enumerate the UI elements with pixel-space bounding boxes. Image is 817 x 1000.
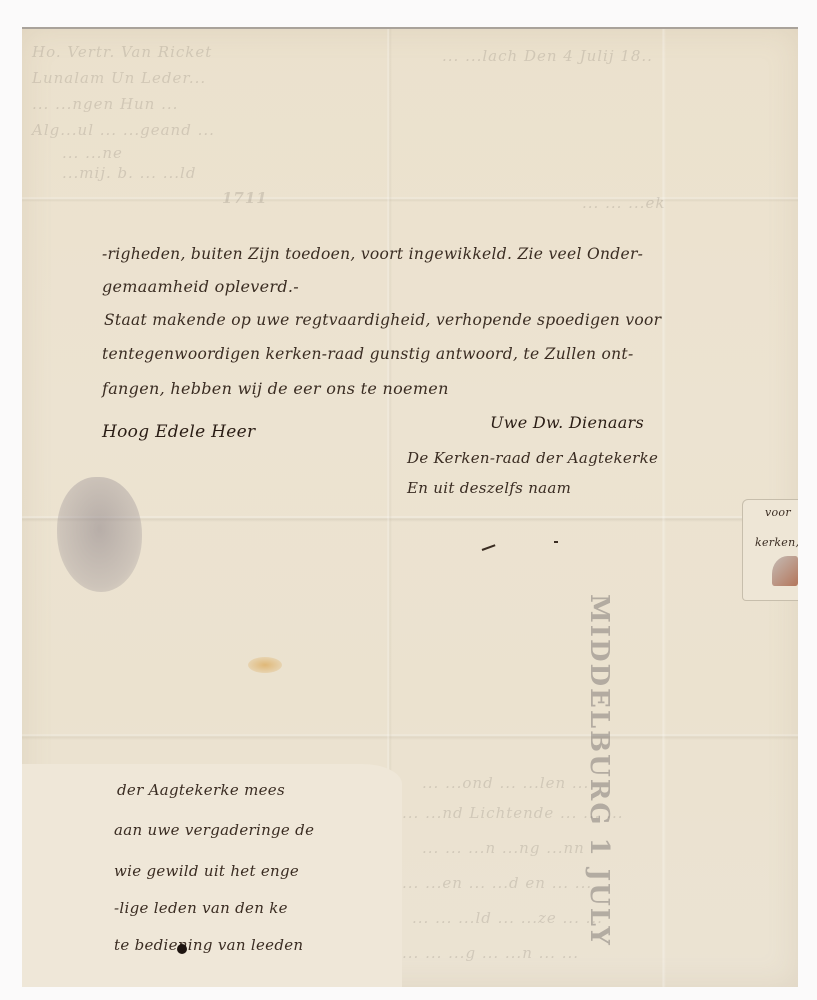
body-line: gemaamheid opleverd.- xyxy=(102,277,299,296)
letter-paper: Ho. Vertr. Van Ricket Lunalam Un Leder..… xyxy=(22,27,798,987)
red-seal-fragment xyxy=(772,556,798,586)
bleed-text: Alg...ul ... ...geand ... xyxy=(32,121,215,139)
ochre-stain xyxy=(248,657,282,673)
body-line: -righeden, buiten Zijn toedoen, voort in… xyxy=(102,245,643,263)
bleed-text: Ho. Vertr. Van Ricket xyxy=(32,43,212,61)
bleed-text: Lunalam Un Leder... xyxy=(32,69,206,87)
signature-line: En uit deszelfs naam xyxy=(407,479,571,497)
bleed-text: ... ...ne xyxy=(62,144,123,162)
bleed-text: ...mij. b. ... ...ld xyxy=(62,164,196,182)
bleed-text: ... ...ngen Hun ... xyxy=(32,95,178,113)
fragment-line: der Aagtekerke mees xyxy=(117,781,285,799)
bleed-text: ... ... ...ek xyxy=(582,194,665,212)
ink-blot xyxy=(177,944,187,954)
ink-stroke xyxy=(554,541,558,543)
tab-text: voor xyxy=(765,506,791,519)
body-line: fangen, hebben wij de eer ons te noemen xyxy=(102,379,449,398)
salutation: Hoog Edele Heer xyxy=(102,422,255,442)
bleed-text: ... ...en ... ...d en ... ... xyxy=(402,874,592,892)
body-line: Staat makende op uwe regtvaardigheid, ve… xyxy=(104,311,661,329)
tab-text: kerken, xyxy=(755,536,798,549)
fragment-line: te bediening van leeden xyxy=(114,936,303,954)
bleed-text: ... ... ...n ...ng ...nn xyxy=(422,839,585,857)
bleed-number: 1711 xyxy=(222,189,268,207)
postal-stamp: MIDDELBURG 1 JULY xyxy=(584,594,614,947)
body-line: tentegenwoordigen kerken-raad gunstig an… xyxy=(102,345,634,363)
lower-paper-fragment: der Aagtekerke mees aan uwe vergaderinge… xyxy=(22,764,402,987)
fragment-line: aan uwe vergaderinge de xyxy=(114,821,314,839)
bleed-text: ... ... ...ld ... ...ze ... ... xyxy=(412,909,603,927)
fragment-line: wie gewild uit het enge xyxy=(114,862,299,880)
bleed-text: ... ... ...g ... ...n ... ... xyxy=(402,944,579,962)
signature-line: De Kerken-raad der Aagtekerke xyxy=(407,449,658,467)
bleed-text: ... ...lach Den 4 Julij 18.. xyxy=(442,47,653,65)
ink-stroke xyxy=(482,544,496,551)
fragment-line: -lige leden van den ke xyxy=(114,899,288,917)
bleed-text: ... ...ond ... ...len ... xyxy=(422,774,589,792)
valediction: Uwe Dw. Dienaars xyxy=(490,413,644,432)
grey-seal-stain xyxy=(57,477,142,592)
